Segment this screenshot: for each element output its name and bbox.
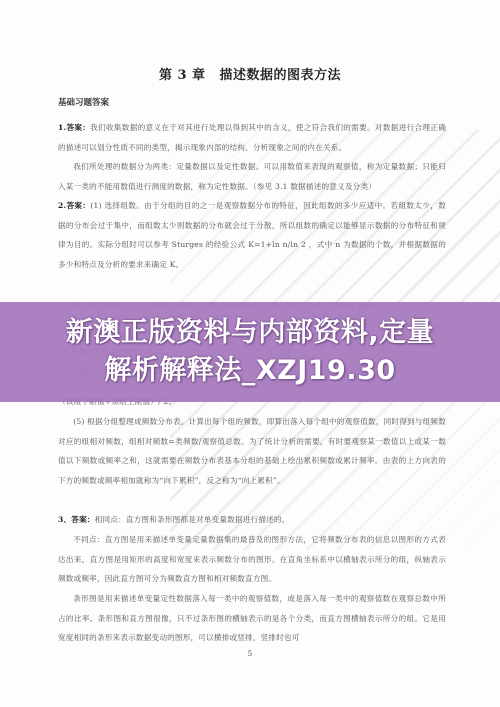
- answer-3-paragraph-1: 3、答案：相同点：直方图和条形图都是对单变量数据进行描述的。: [58, 510, 446, 530]
- page-number: 5: [0, 650, 500, 658]
- answer-1-paragraph-2: 我们所处理的数据分为两类：定量数据以及定性数据。可以用数值来表现的观察值，称为定…: [58, 157, 446, 196]
- banner-title: 新澳正版资料与内部资料,定量 解析解释法_XZJ19.30: [0, 302, 500, 402]
- answer-3-paragraph-3: 条形图是用来描述单变量定性数据落入每一类中的观察值数，或是落入每一类中的观察值数…: [58, 589, 446, 648]
- answer-2-paragraph-5: (5) 根据分组整理成频数分布表。计算出每个组的频数，即算出落入每个组中的观察值…: [58, 412, 446, 490]
- overlay-banner: 新澳正版资料与内部资料,定量 解析解释法_XZJ19.30: [0, 302, 500, 402]
- banner-line-2: 解析解释法_XZJ19.30: [104, 352, 395, 390]
- section-heading: 基础习题答案: [58, 96, 109, 108]
- banner-line-1: 新澳正版资料与内部资料,定量: [66, 314, 434, 352]
- answer-3-label: 3、答案：: [58, 515, 95, 524]
- answer-2-label: 2.答案：: [58, 201, 90, 210]
- answer-2-paragraph-1: 2.答案：(1) 选择组数。由于分组的目的之一是观察数据分布的特征，因此组数的多…: [58, 196, 446, 274]
- answer-3-paragraph-2: 不同点：直方图是用来描述单变量定量数据集的最普及的图形方法，它将频数分布表的信息…: [58, 530, 446, 589]
- chapter-number: 第 3 章: [159, 68, 206, 83]
- chapter-title: 第 3 章描述数据的图表方法: [0, 64, 500, 83]
- chapter-name: 描述数据的图表方法: [220, 68, 342, 83]
- answer-1-paragraph-1: 1.答案：我们收集数据的意义在于对其进行处理以得到其中的含义，使之符合我们的需要…: [58, 118, 446, 157]
- answer-1-label: 1.答案：: [58, 123, 90, 132]
